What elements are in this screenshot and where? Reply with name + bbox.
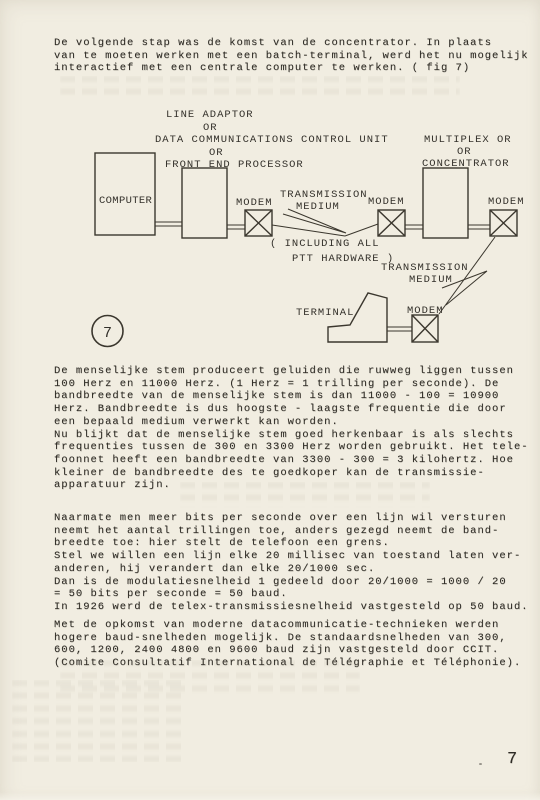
bleed-through-text: [180, 482, 430, 508]
computer-fep-link: [155, 222, 182, 226]
scanned-document-page: De volgende stap was de komst van de con…: [0, 0, 540, 800]
label-medium-2: MEDIUM: [409, 274, 453, 286]
modem-1-cross: [245, 210, 272, 236]
label-transmission-2: TRANSMISSION: [381, 262, 469, 274]
modem-2-cross: [378, 210, 405, 236]
modem-1-box: [245, 210, 272, 236]
label-control-unit: DATA COMMUNICATIONS CONTROL UNIT: [155, 134, 389, 146]
figure-number: 7: [103, 325, 112, 342]
terminal-shape: [328, 293, 387, 342]
label-transmission-1: TRANSMISSION: [280, 189, 368, 201]
label-front-end-processor: FRONT END PROCESSOR: [165, 159, 304, 171]
modem-4-cross: [412, 315, 438, 342]
label-modem-3: MODEM: [488, 196, 525, 208]
paragraph-voice-bandwidth: De menselijke stem produceert geluiden d…: [54, 365, 529, 492]
phone-line-right: [345, 224, 378, 236]
computer-box: [95, 153, 155, 235]
modem-3-cross: [490, 210, 517, 236]
transmission-callout-2: [442, 271, 487, 305]
label-computer: COMPUTER: [99, 195, 153, 207]
page-bottom-edge: [0, 792, 540, 800]
label-modem-2: MODEM: [368, 196, 405, 208]
paragraph-baud-rate: Naarmate men meer bits per seconde over …: [54, 512, 529, 614]
modem-4-cross: [412, 315, 438, 342]
modem-3-box: [490, 210, 517, 236]
phone-line-left: [272, 225, 345, 236]
label-terminal: TERMINAL: [296, 307, 354, 319]
bleed-through-text: [12, 680, 184, 762]
modem-3-cross: [490, 210, 517, 236]
modem2-concentrator-link: [405, 225, 423, 229]
label-modem-4: MODEM: [407, 305, 444, 317]
label-medium-1: MEDIUM: [296, 201, 340, 213]
ink-speck: [479, 763, 482, 765]
terminal-modem4-link: [387, 327, 412, 331]
label-multiplex-or: MULTIPLEX OR: [424, 134, 512, 146]
modem-1-cross: [245, 210, 272, 236]
page-number: 7: [507, 750, 517, 769]
label-or-2: OR: [209, 147, 224, 159]
intro-paragraph: De volgende stap was de komst van de con…: [54, 37, 529, 75]
modem-2-cross: [378, 210, 405, 236]
label-modem-1: MODEM: [236, 197, 273, 209]
modem-2-box: [378, 210, 405, 236]
label-line-adaptor: LINE ADAPTOR: [166, 109, 254, 121]
bleed-through-text: [60, 76, 460, 96]
phone-line-lower: [439, 237, 495, 314]
transmission-callout-1: [283, 209, 346, 233]
label-or-3: OR: [457, 146, 472, 158]
label-including-2: PTT HARDWARE ): [292, 253, 394, 265]
fep-modem1-link: [227, 225, 245, 229]
front-end-processor-box: [182, 168, 227, 238]
label-including-1: ( INCLUDING ALL: [270, 238, 380, 250]
label-concentrator: CONCENTRATOR: [422, 158, 510, 170]
concentrator-box: [423, 168, 468, 238]
modem-4-box: [412, 315, 438, 342]
label-or-1: OR: [203, 122, 218, 134]
concentrator-modem3-link: [468, 225, 490, 229]
figure-number-circle: [92, 316, 123, 347]
